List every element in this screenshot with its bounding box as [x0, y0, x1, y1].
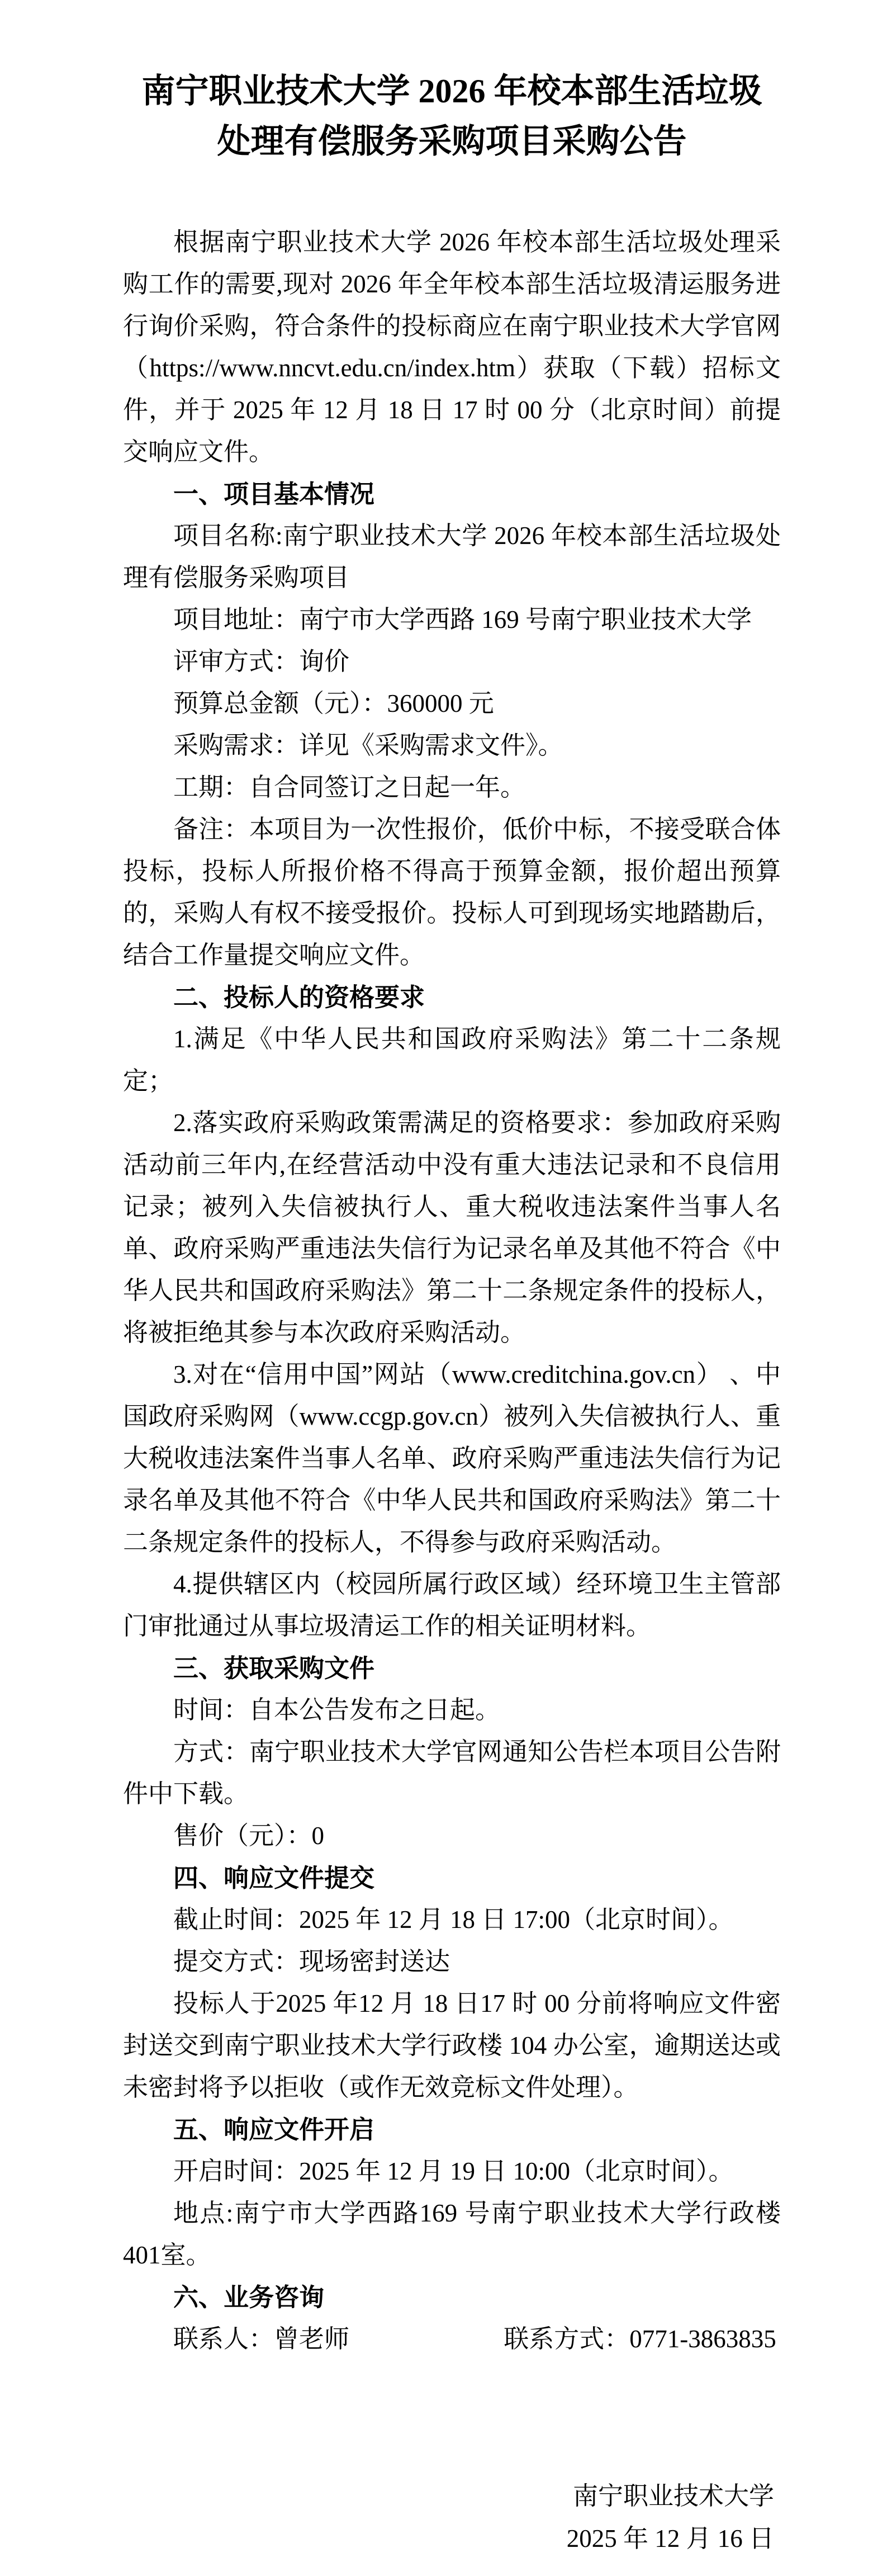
- document-price: 售价（元）：0: [123, 1815, 781, 1857]
- section-heading-basic-info: 一、项目基本情况: [123, 473, 781, 515]
- intro-paragraph: 根据南宁职业技术大学 2026 年校本部生活垃圾处理采购工作的需要,现对 202…: [123, 221, 781, 473]
- submission-detail: 投标人于2025 年12 月 18 日17 时 00 分前将响应文件密封送交到南…: [123, 1983, 781, 2109]
- qualification-item-4: 4.提供辖区内（校园所属行政区域）经环境卫生主管部门审批通过从事垃圾清运工作的相…: [123, 1563, 781, 1647]
- section-heading-business-consulting: 六、业务咨询: [123, 2276, 781, 2318]
- review-method: 评审方式：询价: [123, 641, 781, 683]
- qualification-item-1: 1.满足《中华人民共和国政府采购法》第二十二条规定；: [123, 1018, 781, 1102]
- opening-location: 地点:南宁市大学西路169 号南宁职业技术大学行政楼401室。: [123, 2192, 781, 2276]
- submission-method: 提交方式：现场密封送达: [123, 1941, 781, 1983]
- qualification-item-3: 3.对在“信用中国”网站（www.creditchina.gov.cn） 、中国…: [123, 1354, 781, 1563]
- project-duration: 工期：自合同签订之日起一年。: [123, 767, 781, 809]
- page-title: 南宁职业技术大学 2026 年校本部生活垃圾处理有偿服务采购项目采购公告: [134, 66, 771, 167]
- section-heading-qualifications: 二、投标人的资格要求: [123, 976, 781, 1018]
- obtain-time: 时间：自本公告发布之日起。: [123, 1689, 781, 1731]
- section-heading-response-opening: 五、响应文件开启: [123, 2109, 781, 2150]
- signature-org: 南宁职业技术大学: [123, 2475, 774, 2517]
- procurement-demand: 采购需求：详见《采购需求文件》。: [123, 725, 781, 767]
- contact-phone: 联系方式：0771-3863835: [504, 2325, 776, 2353]
- project-name: 项目名称:南宁职业技术大学 2026 年校本部生活垃圾处理有偿服务采购项目: [123, 515, 781, 599]
- qualification-item-2: 2.落实政府采购政策需满足的资格要求：参加政府采购活动前三年内,在经营活动中没有…: [123, 1102, 781, 1354]
- section-heading-response-submission: 四、响应文件提交: [123, 1857, 781, 1899]
- signature-date: 2025 年 12 月 16 日: [123, 2517, 774, 2560]
- budget-total: 预算总金额（元）：360000 元: [123, 683, 781, 725]
- project-address: 项目地址：南宁市大学西路 169 号南宁职业技术大学: [123, 599, 781, 641]
- signature-block: 南宁职业技术大学 2025 年 12 月 16 日: [123, 2475, 781, 2560]
- project-remark: 备注：本项目为一次性报价，低价中标，不接受联合体投标，投标人所报价格不得高于预算…: [123, 809, 781, 976]
- submission-deadline: 截止时间：2025 年 12 月 18 日 17:00（北京时间）。: [123, 1899, 781, 1941]
- contact-person: 联系人：曾老师: [173, 2325, 349, 2353]
- contact-row: 联系人：曾老师 联系方式：0771-3863835: [123, 2318, 781, 2360]
- opening-time: 开启时间：2025 年 12 月 19 日 10:00（北京时间）。: [123, 2150, 781, 2192]
- section-heading-obtain-documents: 三、获取采购文件: [123, 1647, 781, 1689]
- document-page: 南宁职业技术大学 2026 年校本部生活垃圾处理有偿服务采购项目采购公告 根据南…: [0, 0, 887, 2576]
- obtain-method: 方式：南宁职业技术大学官网通知公告栏本项目公告附件中下载。: [123, 1731, 781, 1815]
